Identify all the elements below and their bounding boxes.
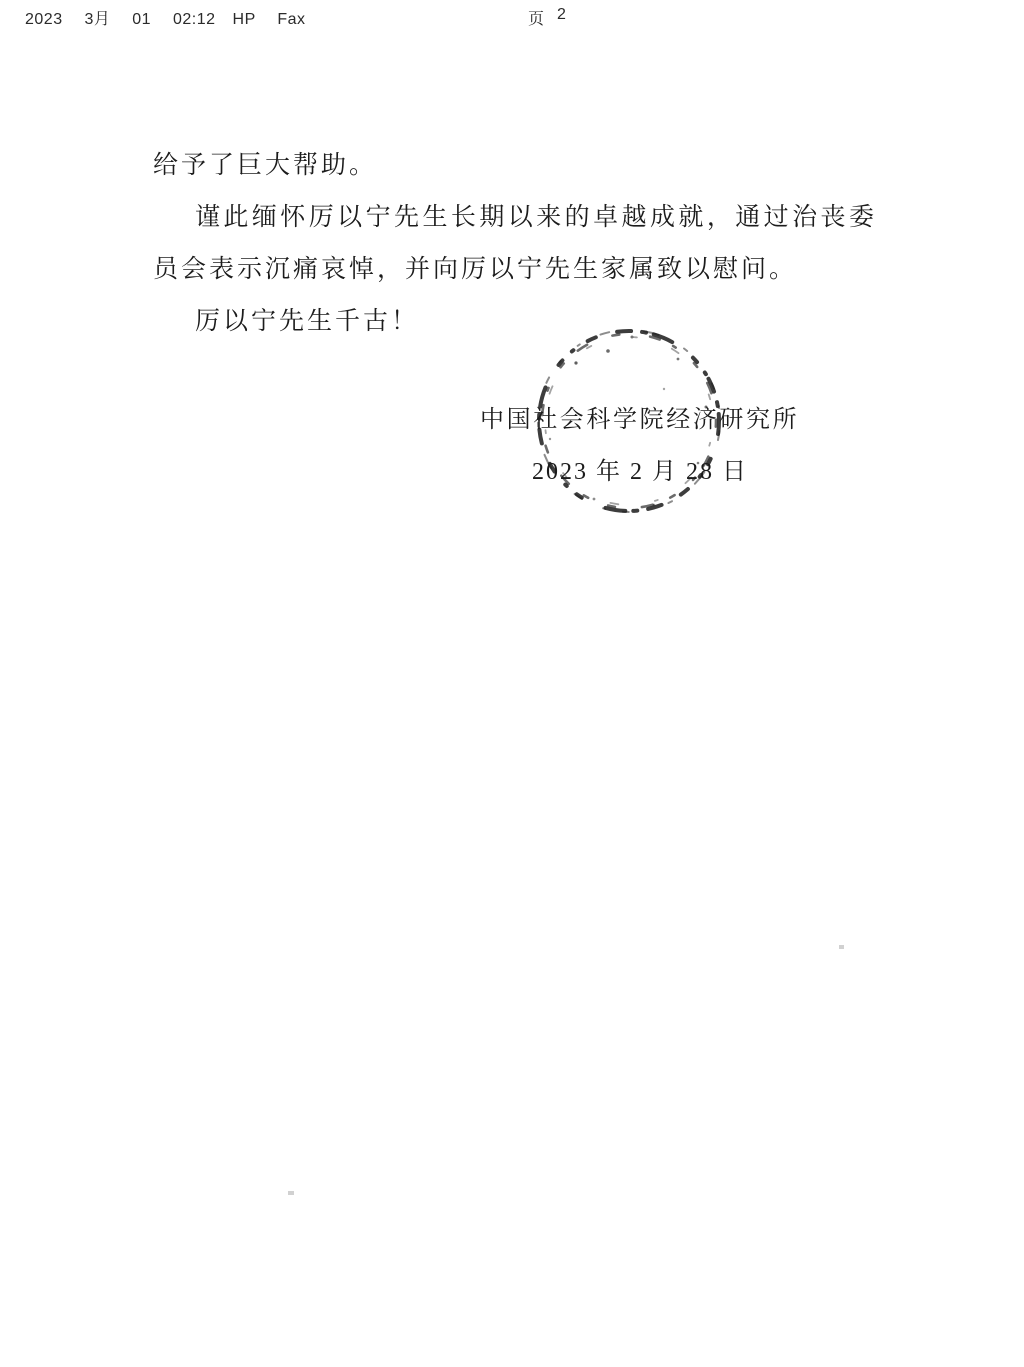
fax-timestamp: 2023 3月 01 02:12 HP Fax bbox=[25, 6, 306, 29]
signature-organization: 中国社会科学院经济研究所 bbox=[480, 399, 799, 434]
page-number: 2 bbox=[557, 6, 566, 29]
fax-header: 2023 3月 01 02:12 HP Fax 页 2 bbox=[0, 6, 1024, 30]
paragraph-condolence: 谨此缅怀厉以宁先生长期以来的卓越成就，通过治丧委员会表示沉痛哀悼，并向厉以宁先生… bbox=[153, 192, 877, 296]
paragraph-continuation: 给予了巨大帮助。 bbox=[153, 140, 877, 192]
signature-date: 2023 年 2 月 28 日 bbox=[532, 451, 748, 486]
fax-device-name: HP Fax bbox=[233, 11, 306, 28]
document-body: 给予了巨大帮助。 谨此缅怀厉以宁先生长期以来的卓越成就，通过治丧委员会表示沉痛哀… bbox=[153, 140, 877, 348]
page-label: 页 bbox=[528, 6, 544, 29]
fax-header-spacer bbox=[216, 11, 233, 28]
scan-artifact bbox=[839, 945, 844, 949]
paragraph-tribute: 厉以宁先生千古！ bbox=[153, 296, 877, 348]
scan-artifact bbox=[288, 1191, 294, 1195]
page-indicator: 页 2 bbox=[528, 6, 566, 29]
fax-datetime: 2023 3月 01 02:12 bbox=[25, 11, 216, 28]
fax-page: 2023 3月 01 02:12 HP Fax 页 2 给予了巨大帮助。 谨此缅… bbox=[0, 0, 1024, 1367]
